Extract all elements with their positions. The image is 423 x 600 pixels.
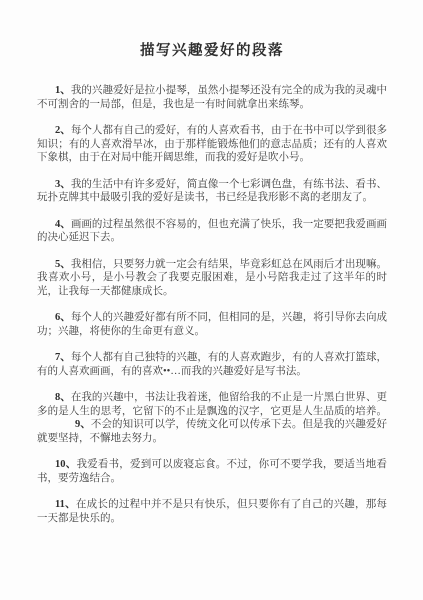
paragraph-number: 10、 [55, 459, 76, 470]
paragraph-text: 每个人都有自己独特的兴趣，有的人喜欢跑步，有的人喜欢打篮球，有的人喜欢画画，有的… [37, 352, 387, 377]
paragraph-text: 在我的兴趣中，书法让我着迷，他留给我的不止是一片黑白世界、更多的是人生的思考，它… [37, 392, 387, 417]
paragraph-number: 5、 [55, 259, 71, 270]
paragraph-text: 我相信，只要努力就一定会有结果，毕竟彩虹总在风雨后才出现嘛。我喜欢小号，是小号教… [37, 259, 387, 297]
paragraph-8-9: 8、在我的兴趣中，书法让我着迷，他留给我的不止是一片黑白世界、更多的是人生的思考… [37, 391, 387, 445]
paragraph-3: 3、我的生活中有许多爱好，简直像一个七彩调色盘，有练书法、看书、玩扑克牌其中最吸… [37, 178, 387, 205]
paragraph-text: 我的兴趣爱好是拉小提琴，虽然小提琴还没有完全的成为我的灵魂中不可割舍的一局部，但… [37, 85, 387, 110]
paragraph-text: 我的生活中有许多爱好，简直像一个七彩调色盘，有练书法、看书、玩扑克牌其中最吸引我… [37, 179, 387, 204]
paragraph-text: 每个人的兴趣爱好都有所不同，但相同的是，兴趣，将引导你去向成功；兴趣，将使你的生… [37, 312, 387, 337]
paragraph-number: 1、 [55, 85, 71, 96]
paragraph-gap [37, 426, 75, 427]
paragraph-text: 画画的过程虽然很不容易的，但也充满了快乐，我一定要把我爱画画的决心延迟下去。 [37, 219, 387, 244]
paragraph-6: 6、每个人的兴趣爱好都有所不同，但相同的是，兴趣，将引导你去向成功；兴趣，将使你… [37, 311, 387, 338]
paragraph-number: 7、 [55, 352, 71, 363]
paragraph-10: 10、我爱看书，爱到可以废寝忘食。不过，你可不要学我，要适当地看书，要劳逸结合。 [37, 458, 387, 485]
paragraph-1: 1、我的兴趣爱好是拉小提琴，虽然小提琴还没有完全的成为我的灵魂中不可割舍的一局部… [37, 84, 387, 111]
paragraph-7: 7、每个人都有自己独特的兴趣，有的人喜欢跑步，有的人喜欢打篮球，有的人喜欢画画，… [37, 351, 387, 378]
paragraph-number: 6、 [55, 312, 71, 323]
paragraph-number: 9、 [75, 419, 91, 430]
paragraph-number: 4、 [55, 219, 71, 230]
paragraph-2: 2、每个人都有自己的爱好，有的人喜欢看书，由于在书中可以学到很多知识；有的人喜欢… [37, 124, 387, 165]
paragraph-number: 11、 [55, 499, 76, 510]
paragraph-text: 我爱看书，爱到可以废寝忘食。不过，你可不要学我，要适当地看书，要劳逸结合。 [37, 459, 387, 484]
document-title: 描写兴趣爱好的段落 [37, 42, 387, 61]
paragraph-4: 4、画画的过程虽然很不容易的，但也充满了快乐，我一定要把我爱画画的决心延迟下去。 [37, 218, 387, 245]
paragraph-text: 每个人都有自己的爱好，有的人喜欢看书，由于在书中可以学到很多知识；有的人喜欢滑旱… [37, 125, 387, 163]
paragraph-number: 8、 [55, 392, 71, 403]
paragraph-11: 11、在成长的过程中并不是只有快乐，但只要你有了自己的兴趣，那每一天都是快乐的。 [37, 498, 387, 525]
document-page: 描写兴趣爱好的段落 1、我的兴趣爱好是拉小提琴，虽然小提琴还没有完全的成为我的灵… [0, 0, 423, 600]
paragraph-text: 在成长的过程中并不是只有快乐，但只要你有了自己的兴趣，那每一天都是快乐的。 [37, 499, 387, 524]
paragraph-5: 5、我相信，只要努力就一定会有结果，毕竟彩虹总在风雨后才出现嘛。我喜欢小号，是小… [37, 258, 387, 299]
paragraph-number: 2、 [55, 125, 71, 136]
paragraph-number: 3、 [55, 179, 71, 190]
